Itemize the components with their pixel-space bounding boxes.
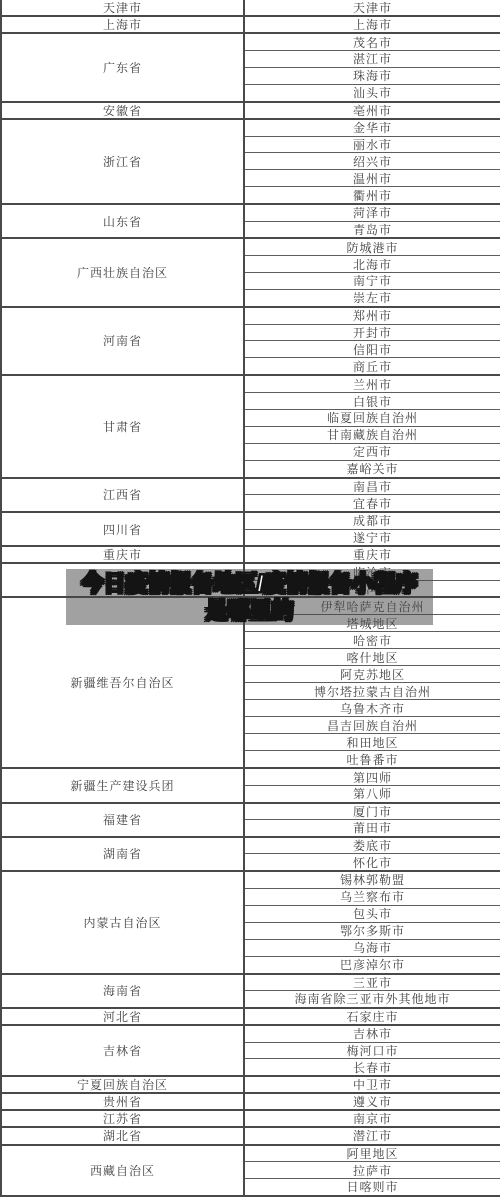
- province-cell: 湖北省: [2, 1128, 245, 1143]
- city-cell: 第四师: [245, 769, 500, 785]
- city-cell: 南宁市: [245, 272, 500, 289]
- city-cell: 第八师: [245, 785, 500, 802]
- province-cell: 重庆市: [2, 547, 245, 562]
- province-section: 吉林省吉林市梅河口市长春市: [2, 1026, 500, 1077]
- city-cell: 甘南藏族自治州: [245, 426, 500, 443]
- province-cell: 湖南省: [2, 838, 245, 870]
- city-cell: 海南省除三亚市外其他地市: [245, 990, 500, 1007]
- city-cell: 拉萨市: [245, 1161, 500, 1178]
- city-column: 兰州市白银市临夏回族自治州甘南藏族自治州定西市嘉峪关市: [245, 376, 500, 477]
- city-cell: 防城港市: [245, 239, 500, 255]
- city-cell: 昌吉回族自治州: [245, 716, 500, 733]
- city-cell: 博尔塔拉蒙古自治州: [245, 682, 500, 699]
- city-cell: 亳州市: [245, 103, 500, 118]
- city-cell: 信阳市: [245, 340, 500, 357]
- province-cell: 新疆生产建设兵团: [2, 769, 245, 801]
- province-section: 河北省石家庄市: [2, 1009, 500, 1026]
- city-column: 天津市: [245, 0, 500, 15]
- province-section: 海南省三亚市海南省除三亚市外其他地市: [2, 975, 500, 1009]
- city-cell: 重庆市: [245, 547, 500, 562]
- city-cell: 宜春市: [245, 494, 500, 511]
- city-cell: 吐鲁番市: [245, 750, 500, 767]
- province-section: 浙江省金华市丽水市绍兴市温州市衢州市: [2, 120, 500, 206]
- city-cell: 绍兴市: [245, 152, 500, 169]
- province-cell: 吉林省: [2, 1026, 245, 1075]
- province-cell: 江西省: [2, 479, 245, 511]
- city-cell: 石家庄市: [245, 1009, 500, 1024]
- province-section: 西藏自治区阿里地区拉萨市日喀则市: [2, 1146, 500, 1197]
- city-cell: 北海市: [245, 255, 500, 272]
- province-section: 江西省南昌市宜春市: [2, 479, 500, 513]
- city-column: 亳州市: [245, 103, 500, 118]
- province-section: 新疆生产建设兵团第四师第八师: [2, 769, 500, 803]
- city-cell: 乌兰察布市: [245, 888, 500, 905]
- city-cell: 莆田市: [245, 819, 500, 836]
- province-section: 四川省成都市遂宁市: [2, 513, 500, 547]
- city-cell: 白银市: [245, 392, 500, 409]
- city-column: 中卫市: [245, 1077, 500, 1092]
- city-column: 郑州市开封市信阳市商丘市: [245, 308, 500, 374]
- province-cell: 内蒙古自治区: [2, 872, 245, 973]
- province-section: 江苏省南京市: [2, 1111, 500, 1128]
- city-cell: 天津市: [245, 0, 500, 15]
- city-cell: 商丘市: [245, 357, 500, 374]
- province-section: 山东省菏泽市青岛市: [2, 205, 500, 239]
- province-cell: 河北省: [2, 1009, 245, 1024]
- city-cell: 兰州市: [245, 376, 500, 392]
- city-cell: 三亚市: [245, 975, 500, 991]
- province-cell: 山东省: [2, 205, 245, 237]
- province-cell: 安徽省: [2, 103, 245, 118]
- city-column: 厦门市莆田市: [245, 804, 500, 836]
- city-column: 遵义市: [245, 1094, 500, 1109]
- city-column: 重庆市: [245, 547, 500, 562]
- city-column: 第四师第八师: [245, 769, 500, 801]
- province-section: 天津市天津市: [2, 0, 500, 17]
- city-cell: 中卫市: [245, 1077, 500, 1092]
- province-cell: 福建省: [2, 804, 245, 836]
- city-cell: 南京市: [245, 1111, 500, 1126]
- city-cell: 崇左市: [245, 289, 500, 306]
- city-cell: 南昌市: [245, 479, 500, 495]
- province-cell: 天津市: [2, 0, 245, 15]
- city-column: 锡林郭勒盟乌兰察布市包头市鄂尔多斯市乌海市巴彦淖尔市: [245, 872, 500, 973]
- city-column: 吉林市梅河口市长春市: [245, 1026, 500, 1075]
- province-section: 湖北省潜江市: [2, 1128, 500, 1145]
- city-column: 菏泽市青岛市: [245, 205, 500, 237]
- caption-overlay: 今日疫情报备地区/疫情报备小程序 是哪里的: [66, 569, 433, 625]
- city-cell: 成都市: [245, 513, 500, 529]
- province-cell: 宁夏回族自治区: [2, 1077, 245, 1092]
- caption-line-1: 今日疫情报备地区/疫情报备小程序: [81, 570, 417, 597]
- city-cell: 锡林郭勒盟: [245, 872, 500, 888]
- city-cell: 怀化市: [245, 853, 500, 870]
- city-cell: 汕头市: [245, 84, 500, 101]
- city-cell: 茂名市: [245, 34, 500, 50]
- province-cell: 河南省: [2, 308, 245, 374]
- city-cell: 温州市: [245, 169, 500, 186]
- city-cell: 哈密市: [245, 631, 500, 648]
- city-cell: 阿克苏地区: [245, 665, 500, 682]
- city-cell: 阿里地区: [245, 1146, 500, 1162]
- province-section: 贵州省遵义市: [2, 1094, 500, 1111]
- city-cell: 巴彦淖尔市: [245, 956, 500, 973]
- city-cell: 嘉峪关市: [245, 460, 500, 477]
- province-section: 甘肃省兰州市白银市临夏回族自治州甘南藏族自治州定西市嘉峪关市: [2, 376, 500, 479]
- province-section: 上海市上海市: [2, 17, 500, 34]
- city-cell: 遵义市: [245, 1094, 500, 1109]
- province-section: 广东省茂名市湛江市珠海市汕头市: [2, 34, 500, 102]
- city-cell: 遂宁市: [245, 529, 500, 546]
- province-cell: 海南省: [2, 975, 245, 1007]
- city-column: 南京市: [245, 1111, 500, 1126]
- province-cell: 广东省: [2, 34, 245, 100]
- province-section: 广西壮族自治区防城港市北海市南宁市崇左市: [2, 239, 500, 307]
- province-section: 河南省郑州市开封市信阳市商丘市: [2, 308, 500, 376]
- province-section: 宁夏回族自治区中卫市: [2, 1077, 500, 1094]
- caption-line-2: 是哪里的: [205, 597, 293, 624]
- city-cell: 包头市: [245, 905, 500, 922]
- city-cell: 长春市: [245, 1058, 500, 1075]
- province-cell: 贵州省: [2, 1094, 245, 1109]
- city-cell: 青岛市: [245, 221, 500, 238]
- city-column: 娄底市怀化市: [245, 838, 500, 870]
- city-cell: 临夏回族自治州: [245, 409, 500, 426]
- city-cell: 湛江市: [245, 50, 500, 67]
- city-cell: 娄底市: [245, 838, 500, 854]
- city-cell: 和田地区: [245, 733, 500, 750]
- city-cell: 吉林市: [245, 1026, 500, 1042]
- province-section: 湖南省娄底市怀化市: [2, 838, 500, 872]
- province-cell: 四川省: [2, 513, 245, 545]
- city-cell: 丽水市: [245, 136, 500, 153]
- city-cell: 梅河口市: [245, 1042, 500, 1059]
- city-cell: 潜江市: [245, 1128, 500, 1143]
- city-cell: 乌海市: [245, 939, 500, 956]
- city-column: 茂名市湛江市珠海市汕头市: [245, 34, 500, 100]
- city-column: 潜江市: [245, 1128, 500, 1143]
- province-cell: 江苏省: [2, 1111, 245, 1126]
- province-cell: 上海市: [2, 17, 245, 32]
- city-cell: 开封市: [245, 324, 500, 341]
- province-section: 安徽省亳州市: [2, 103, 500, 120]
- city-cell: 珠海市: [245, 67, 500, 84]
- city-column: 三亚市海南省除三亚市外其他地市: [245, 975, 500, 1007]
- city-column: 成都市遂宁市: [245, 513, 500, 545]
- province-cell: 广西壮族自治区: [2, 239, 245, 305]
- province-section: 重庆市重庆市: [2, 547, 500, 564]
- city-cell: 鄂尔多斯市: [245, 922, 500, 939]
- province-section: 福建省厦门市莆田市: [2, 804, 500, 838]
- city-cell: 菏泽市: [245, 205, 500, 221]
- province-cell: 西藏自治区: [2, 1146, 245, 1195]
- city-cell: 日喀则市: [245, 1178, 500, 1195]
- province-section: 内蒙古自治区锡林郭勒盟乌兰察布市包头市鄂尔多斯市乌海市巴彦淖尔市: [2, 872, 500, 975]
- city-cell: 乌鲁木齐市: [245, 699, 500, 716]
- city-cell: 喀什地区: [245, 648, 500, 665]
- city-cell: 郑州市: [245, 308, 500, 324]
- city-cell: 定西市: [245, 443, 500, 460]
- province-cell: 甘肃省: [2, 376, 245, 477]
- city-column: 南昌市宜春市: [245, 479, 500, 511]
- city-column: 防城港市北海市南宁市崇左市: [245, 239, 500, 305]
- city-column: 上海市: [245, 17, 500, 32]
- province-cell: 浙江省: [2, 120, 245, 204]
- city-cell: 厦门市: [245, 804, 500, 820]
- city-cell: 上海市: [245, 17, 500, 32]
- city-column: 阿里地区拉萨市日喀则市: [245, 1146, 500, 1195]
- city-cell: 衢州市: [245, 186, 500, 203]
- city-cell: 金华市: [245, 120, 500, 136]
- city-column: 金华市丽水市绍兴市温州市衢州市: [245, 120, 500, 204]
- city-column: 石家庄市: [245, 1009, 500, 1024]
